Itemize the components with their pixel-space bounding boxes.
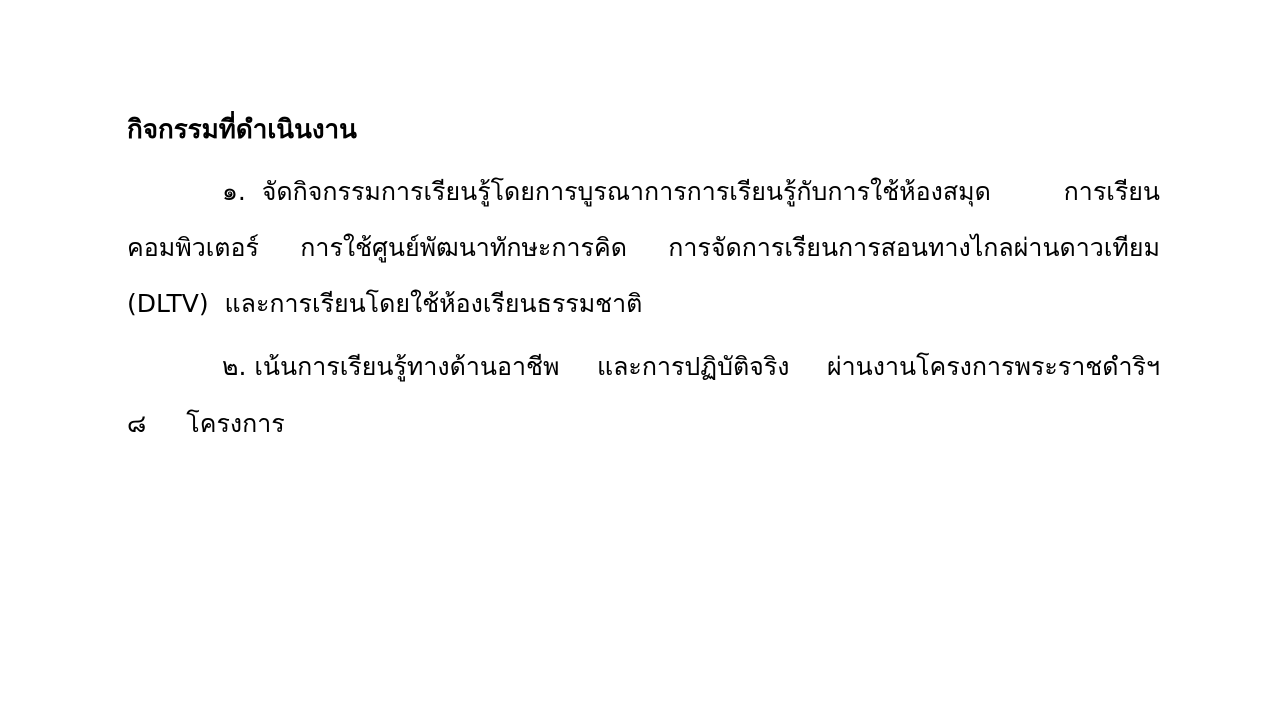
project-label: โครงการ xyxy=(186,409,284,438)
item-1-line-3: (DLTV) และการเรียนโดยใช้ห้องเรียนธรรมชาต… xyxy=(127,284,642,324)
item-2-line-2: ๘โครงการ xyxy=(127,404,285,444)
item-1-line-2-part-b: การใช้ศูนย์พัฒนาทักษะการคิด xyxy=(300,228,627,268)
project-count: ๘ xyxy=(127,409,146,438)
item-1-number: ๑. xyxy=(222,177,246,206)
item-1-line-3-text: (DLTV) และการเรียนโดยใช้ห้องเรียนธรรมชาต… xyxy=(127,289,642,318)
item-2-number: ๒. xyxy=(222,352,246,381)
item-2-line-1: ๒. เน้นการเรียนรู้ทางด้านอาชีพ และการปฏิ… xyxy=(222,347,1160,387)
item-1-line-2-part-a: คอมพิวเตอร์ xyxy=(127,228,259,268)
item-1-text-b: การเรียน xyxy=(1064,172,1160,212)
item-2-text-a: ๒. เน้นการเรียนรู้ทางด้านอาชีพ xyxy=(222,347,559,387)
section-heading: กิจกรรมที่ดำเนินงาน xyxy=(127,110,357,150)
item-1-line-2-part-c: การจัดการเรียนการสอนทางไกลผ่านดาวเทียม xyxy=(668,228,1160,268)
document-page: กิจกรรมที่ดำเนินงาน ๑. จัดกิจกรรมการเรีย… xyxy=(0,0,1280,720)
item-1-line-2: คอมพิวเตอร์ การใช้ศูนย์พัฒนาทักษะการคิด … xyxy=(127,228,1160,268)
item-2-text-c: ผ่านงานโครงการพระราชดำริฯ xyxy=(827,347,1160,387)
item-1-line-1: ๑. จัดกิจกรรมการเรียนรู้โดยการบูรณาการกา… xyxy=(222,172,1160,212)
item-1-text-a: ๑. จัดกิจกรรมการเรียนรู้โดยการบูรณาการกา… xyxy=(222,172,991,212)
item-2-text-b: และการปฏิบัติจริง xyxy=(597,347,790,387)
